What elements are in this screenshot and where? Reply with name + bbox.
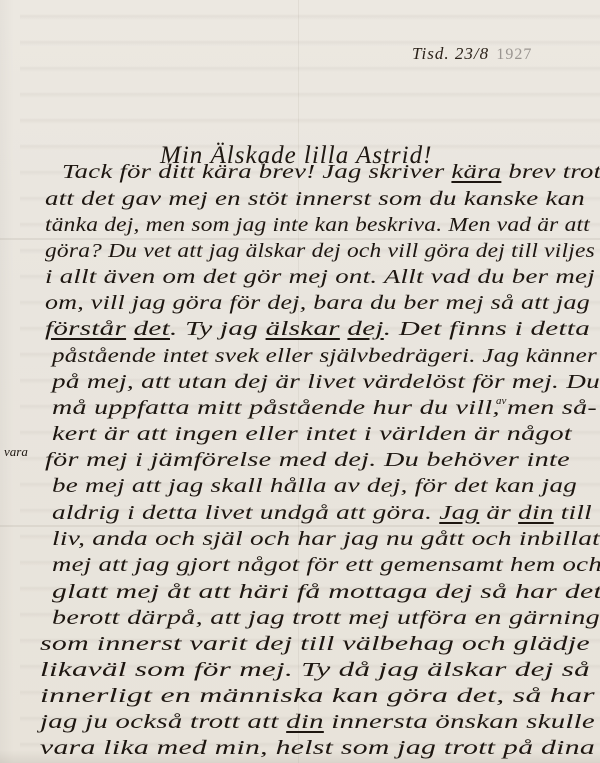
text-run: brev trots: [501, 162, 600, 183]
letter-line: liv, anda och själ och har jag nu gått o…: [52, 529, 600, 551]
letter-line: om, vill jag göra för dej, bara du ber m…: [45, 293, 590, 315]
letter-line: må uppfatta mitt påstående hur du vill, …: [52, 398, 597, 420]
text-run: be mej att jag skall hålla av dej, för d…: [52, 476, 577, 497]
text-run: innerligt en människa kan göra det, så h…: [40, 686, 595, 707]
underlined-word: älskar: [266, 319, 340, 340]
date-ink: Tisd. 23/8: [412, 44, 489, 63]
letter-line: berott därpå, att jag trott mej utföra e…: [52, 608, 600, 630]
text-run: tänka dej, men som jag inte kan beskriva…: [45, 215, 590, 236]
text-run: mej att jag gjort något för ett gemensam…: [52, 555, 600, 576]
text-run: berott därpå, att jag trott mej utföra e…: [52, 608, 600, 629]
letter-line: för mej i jämförelse med dej. Du behöver…: [45, 450, 570, 472]
text-run: på mej, att utan dej är livet värdelöst …: [52, 372, 600, 393]
text-run: likaväl som för mej. Ty då jag älskar de…: [40, 660, 590, 681]
text-run: liv, anda och själ och har jag nu gått o…: [52, 529, 600, 550]
text-run: [126, 319, 134, 340]
letter-line: likaväl som för mej. Ty då jag älskar de…: [40, 660, 590, 682]
letter-line: innerligt en människa kan göra det, så h…: [40, 686, 595, 708]
text-run: kert är att ingen eller intet i världen …: [52, 424, 572, 445]
paper-fold: [0, 238, 600, 240]
text-run: i allt även om det gör mej ont. Allt vad…: [45, 267, 595, 288]
letter-line: mej att jag gjort något för ett gemensam…: [52, 555, 600, 577]
letter-line: påstående intet svek eller självbedräger…: [52, 346, 597, 368]
text-run: aldrig i detta livet undgå att göra.: [52, 503, 439, 524]
letter-line: göra? Du vet att jag älskar dej och vill…: [45, 241, 595, 263]
underlined-word: det: [134, 319, 170, 340]
text-run: till: [554, 503, 592, 524]
margin-note: vara: [4, 444, 28, 460]
text-run: om, vill jag göra för dej, bara du ber m…: [45, 293, 590, 314]
letter-line: vara lika med min, helst som jag trott p…: [40, 738, 595, 760]
letter-date: Tisd. 23/8 1927: [412, 44, 532, 64]
underlined-word: kära: [451, 162, 501, 183]
letter-line: aldrig i detta livet undgå att göra. Jag…: [52, 503, 592, 525]
text-run: göra? Du vet att jag älskar dej och vill…: [45, 241, 595, 262]
text-run: må uppfatta mitt påstående hur du vill, …: [52, 398, 597, 419]
date-pencil-year: 1927: [496, 46, 532, 63]
letter-line: Tack för ditt kära brev! Jag skriver kär…: [62, 162, 600, 184]
underlined-word: förstår: [45, 319, 126, 340]
letter-line: kert är att ingen eller intet i världen …: [52, 424, 572, 446]
text-run: vara lika med min, helst som jag trott p…: [40, 738, 595, 759]
text-run: glatt mej åt att häri få mottaga dej så …: [52, 582, 600, 603]
text-run: påstående intet svek eller självbedräger…: [52, 346, 597, 367]
paper-fold: [0, 525, 600, 527]
letter-line: på mej, att utan dej är livet värdelöst …: [52, 372, 600, 394]
text-run: Tack för ditt kära brev! Jag skriver: [62, 162, 451, 183]
letter-line: att det gav mej en stöt innerst som du k…: [45, 189, 585, 211]
letter-line: be mej att jag skall hålla av dej, för d…: [52, 476, 577, 498]
underlined-word: dej: [347, 319, 383, 340]
text-run: . Ty jag: [170, 319, 266, 340]
underlined-word: din: [518, 503, 554, 524]
underlined-word: din: [286, 712, 324, 733]
text-run: innersta önskan skulle: [324, 712, 595, 733]
text-run: som innerst varit dej till välbehag och …: [40, 634, 590, 655]
text-run: jag ju också trott att: [40, 712, 286, 733]
text-run: är: [479, 503, 518, 524]
text-run: att det gav mej en stöt innerst som du k…: [45, 189, 585, 210]
letter-line: tänka dej, men som jag inte kan beskriva…: [45, 215, 590, 237]
letter-line: som innerst varit dej till välbehag och …: [40, 634, 590, 656]
letter-line: i allt även om det gör mej ont. Allt vad…: [45, 267, 595, 289]
letter-line: glatt mej åt att häri få mottaga dej så …: [52, 582, 600, 604]
text-run: för mej i jämförelse med dej. Du behöver…: [45, 450, 570, 471]
letter-line: jag ju också trott att din innersta önsk…: [40, 712, 595, 734]
text-run: . Det finns i detta: [384, 319, 590, 340]
underlined-word: Jag: [439, 503, 479, 524]
insert-note: av: [496, 395, 506, 407]
letter-line: förstår det. Ty jag älskar dej. Det finn…: [45, 319, 590, 341]
